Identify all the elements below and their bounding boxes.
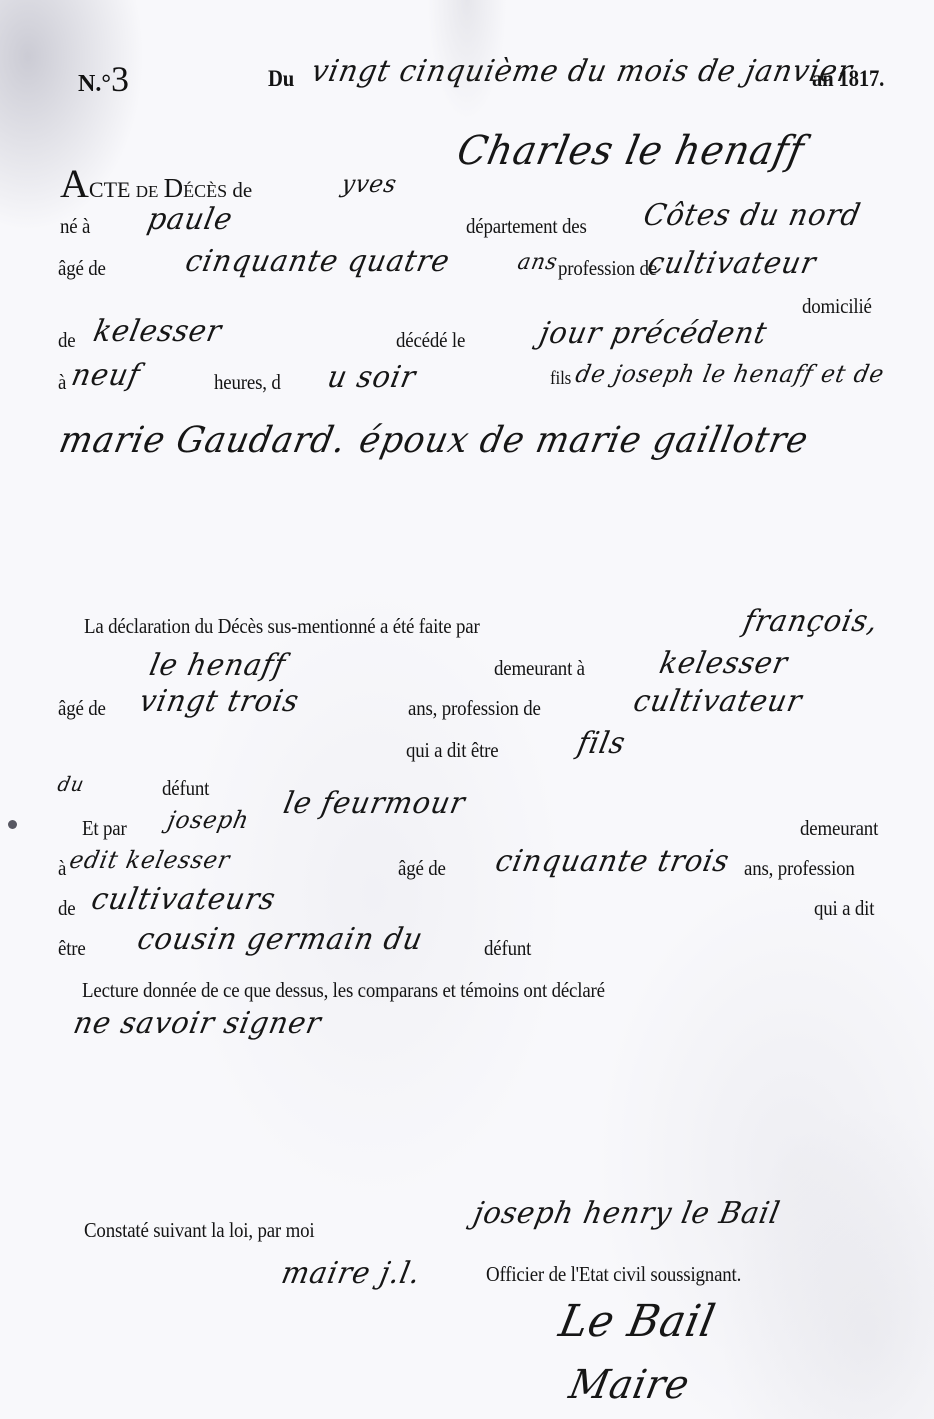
domicile-value: kelesser [90,314,225,349]
death-hour: neuf [68,358,143,393]
declarant1-relation: fils [574,726,628,761]
profession-label: profession de [558,256,657,281]
record-number-label: N.° [78,71,111,97]
declarant2-of-label: défunt [484,936,531,961]
declarant1-profession: cultivateur [630,684,805,719]
signature-title: Maire [565,1362,693,1408]
declarant2-residing-label: demeurant [800,816,878,841]
date-prefix: Du [268,66,294,92]
father-name: de joseph le henaff et de [573,360,887,388]
time-period: u soir [324,360,419,395]
domicile-prefix: de [58,328,75,353]
age-label: âgé de [58,256,106,281]
date-year: an 1817. [812,66,884,92]
declarant1-profession-label: ans, profession de [408,696,541,721]
signature-name: Le Bail [555,1296,720,1347]
officer-label: Officier de l'Etat civil soussignant. [486,1262,741,1287]
declarant1-of-prefix: du [56,772,87,796]
declarant2-age-label: âgé de [398,856,446,881]
declarant2-profession-label: ans, profession [744,856,855,881]
declarant1-age-label: âgé de [58,696,106,721]
department-label: département des [466,214,587,239]
declaration-intro: La déclaration du Décès sus-mentionné a … [84,614,480,639]
declarant2-age: cinquante trois [492,844,732,879]
birthplace: paule [144,202,235,237]
time-prefix: à [58,370,66,395]
record-number-value: 3 [111,59,129,99]
declarant1-last-name: le henaff [146,648,288,683]
deceased-names: Charles le henaff [453,128,808,174]
declarant2-profession-prefix: de [58,896,75,921]
hours-label: heures, d [214,370,281,395]
declarant1-residence: kelesser [656,646,791,681]
mother-name: marie Gaudard. [56,420,350,461]
born-label: né à [60,214,90,239]
declarant1-relation-label: qui a dit être [406,738,498,763]
attestation-text: Constaté suivant la loi, par moi [84,1218,314,1243]
officer-name: joseph henry le Bail [470,1196,783,1231]
record-number: N.°3 [78,58,129,100]
reading-statement: Lecture donnée de ce que dessus, les com… [82,978,605,1003]
death-day: jour précédent [536,316,770,351]
deceased-label: décédé le [396,328,465,353]
declarant1-first-name: françois, [740,604,881,639]
document-title: ACTE DE DÉCÈS de [60,160,252,207]
declarant2-relation: cousin germain du [134,922,426,957]
deceased-age: cinquante quatre [182,244,453,279]
ans-label: ans [515,250,560,275]
spouse: époux de marie gaillotre [356,420,812,461]
deceased-profession: cultivateur [644,246,819,281]
declarant2-last-name: le feurmour [280,786,468,821]
date-handwritten: vingt cinquième du mois de janvier [308,54,855,89]
department-value: Côtes du nord [640,198,863,233]
officer-title-handwritten: maire j.l. [278,1256,423,1291]
declarant2-residence: edit kelesser [67,846,233,874]
domicile-label: domicilié [802,294,872,319]
declarant2-relation-label-2: être [58,936,86,961]
declarant2-profession: cultivateurs [88,882,278,917]
declarant1-residing-label: demeurant à [494,656,585,681]
declarant2-first-name: joseph [165,806,252,834]
son-of-label: fils [550,368,571,390]
ink-blot [8,820,17,829]
declarant2-intro: Et par [82,816,127,841]
declarant2-relation-label: qui a dit [814,896,874,921]
deceased-first-name: yves [339,170,399,198]
declarant1-age: vingt trois [136,684,302,719]
reading-handwritten: ne savoir signer [70,1006,324,1041]
declarant1-of-label: défunt [162,776,209,801]
declarant2-residence-prefix: à [58,856,66,881]
